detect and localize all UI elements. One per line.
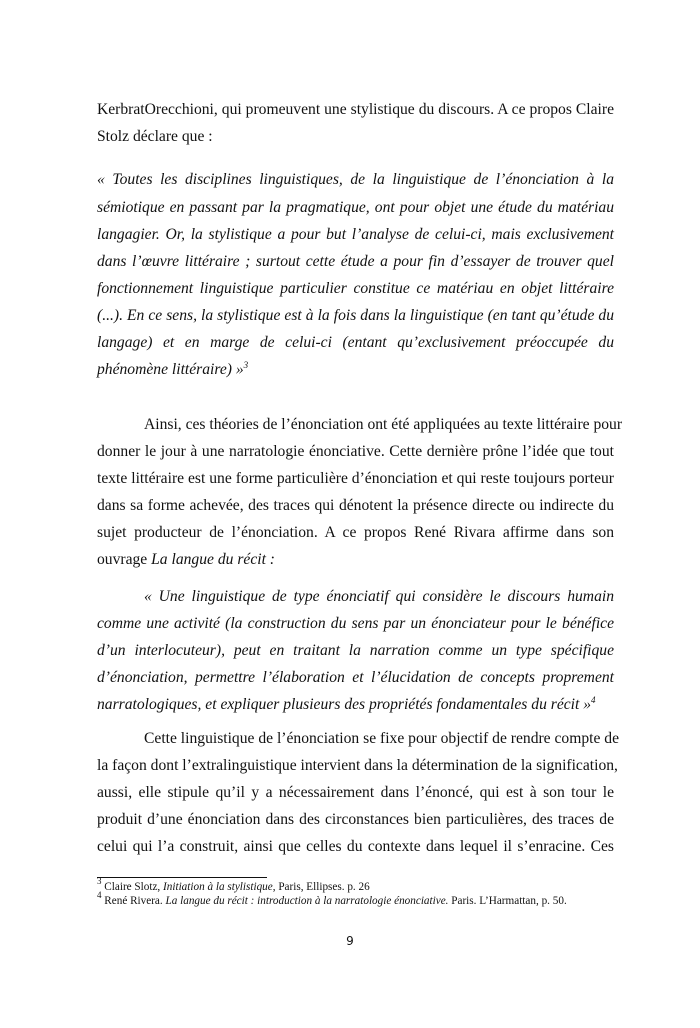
footnote-4-rest: Paris. L’Harmattan, p. 50. xyxy=(448,895,566,907)
footnote-3: 3 Claire Slotz, Initiation à la stylisti… xyxy=(97,880,370,894)
quote-1-line-6: (...). En ce sens, la stylistique est à … xyxy=(97,306,614,326)
paragraph-2-line-3: texte littéraire est une forme particuli… xyxy=(97,469,614,489)
paragraph-2-line-2: donner le jour à une narratologie énonci… xyxy=(97,442,614,462)
page-number: 9 xyxy=(0,934,700,948)
quote-1-line-4: dans l’œuvre littéraire ; surtout cette … xyxy=(97,252,614,272)
quote-1-last-text: phénomène littéraire) » xyxy=(97,361,244,378)
paragraph-3-line-3: aussi, elle stipule qu’il y a nécessaire… xyxy=(97,783,614,803)
paragraph-2-last-prefix: ouvrage xyxy=(97,551,151,568)
footnote-separator xyxy=(97,877,267,878)
footnote-3-rest: , Paris, Ellipses. p. 26 xyxy=(273,881,370,893)
book-title: La langue du récit : xyxy=(151,551,275,568)
quote-2-last-text: narratologiques, et expliquer plusieurs … xyxy=(97,696,591,713)
quote-2-line-3: d’un interlocuteur), peut en traitant la… xyxy=(97,641,614,661)
paragraph-1-line-1: KerbratOrecchioni, qui promeuvent une st… xyxy=(97,100,614,120)
paragraph-3-line-4: produit d’une énonciation dans des circo… xyxy=(97,810,614,830)
paragraph-3-line-1: Cette linguistique de l’énonciation se f… xyxy=(144,729,614,749)
quote-1-line-8: phénomène littéraire) »3 xyxy=(97,360,614,380)
quote-2-line-1: « Une linguistique de type énonciatif qu… xyxy=(144,587,614,607)
paragraph-3-line-2: la façon dont l’extralinguistique interv… xyxy=(97,756,614,776)
quote-2-line-4: d’énonciation, permettre l’élaboration e… xyxy=(97,668,614,688)
footnote-4: 4 René Rivera. La langue du récit : intr… xyxy=(97,894,567,908)
footnote-4-author: René Rivera. xyxy=(102,895,166,907)
quote-1-line-5: fonctionnement linguistique particulier … xyxy=(97,279,614,299)
paragraph-2-line-5: sujet producteur de l’énonciation. A ce … xyxy=(97,523,614,543)
footnote-3-author: Claire Slotz, xyxy=(102,881,164,893)
footnote-3-title: Initiation à la stylistique xyxy=(163,881,273,893)
paragraph-2-line-4: dans sa forme achevée, des traces qui dé… xyxy=(97,496,614,516)
footnote-ref-3[interactable]: 3 xyxy=(244,360,249,370)
quote-2-line-2: comme une activité (la construction du s… xyxy=(97,614,614,634)
paragraph-2-line-6: ouvrage La langue du récit : xyxy=(97,550,614,570)
quote-1-line-7: langage) et en marge de celui-ci (entant… xyxy=(97,333,614,353)
quote-1-line-2: sémiotique en passant par la pragmatique… xyxy=(97,198,614,218)
paragraph-2-line-1: Ainsi, ces théories de l’énonciation ont… xyxy=(144,415,614,435)
footnote-ref-4[interactable]: 4 xyxy=(591,695,596,705)
quote-1-line-1: « Toutes les disciplines linguistiques, … xyxy=(97,170,614,190)
quote-2-line-5: narratologiques, et expliquer plusieurs … xyxy=(97,695,614,715)
paragraph-3-line-5: celui qui l’a construit, ainsi que celle… xyxy=(97,837,614,857)
quote-1-line-3: langagier. Or, la stylistique a pour but… xyxy=(97,225,614,245)
paragraph-1-line-2: Stolz déclare que : xyxy=(97,127,614,147)
footnote-4-title: La langue du récit : introduction à la n… xyxy=(166,895,449,907)
